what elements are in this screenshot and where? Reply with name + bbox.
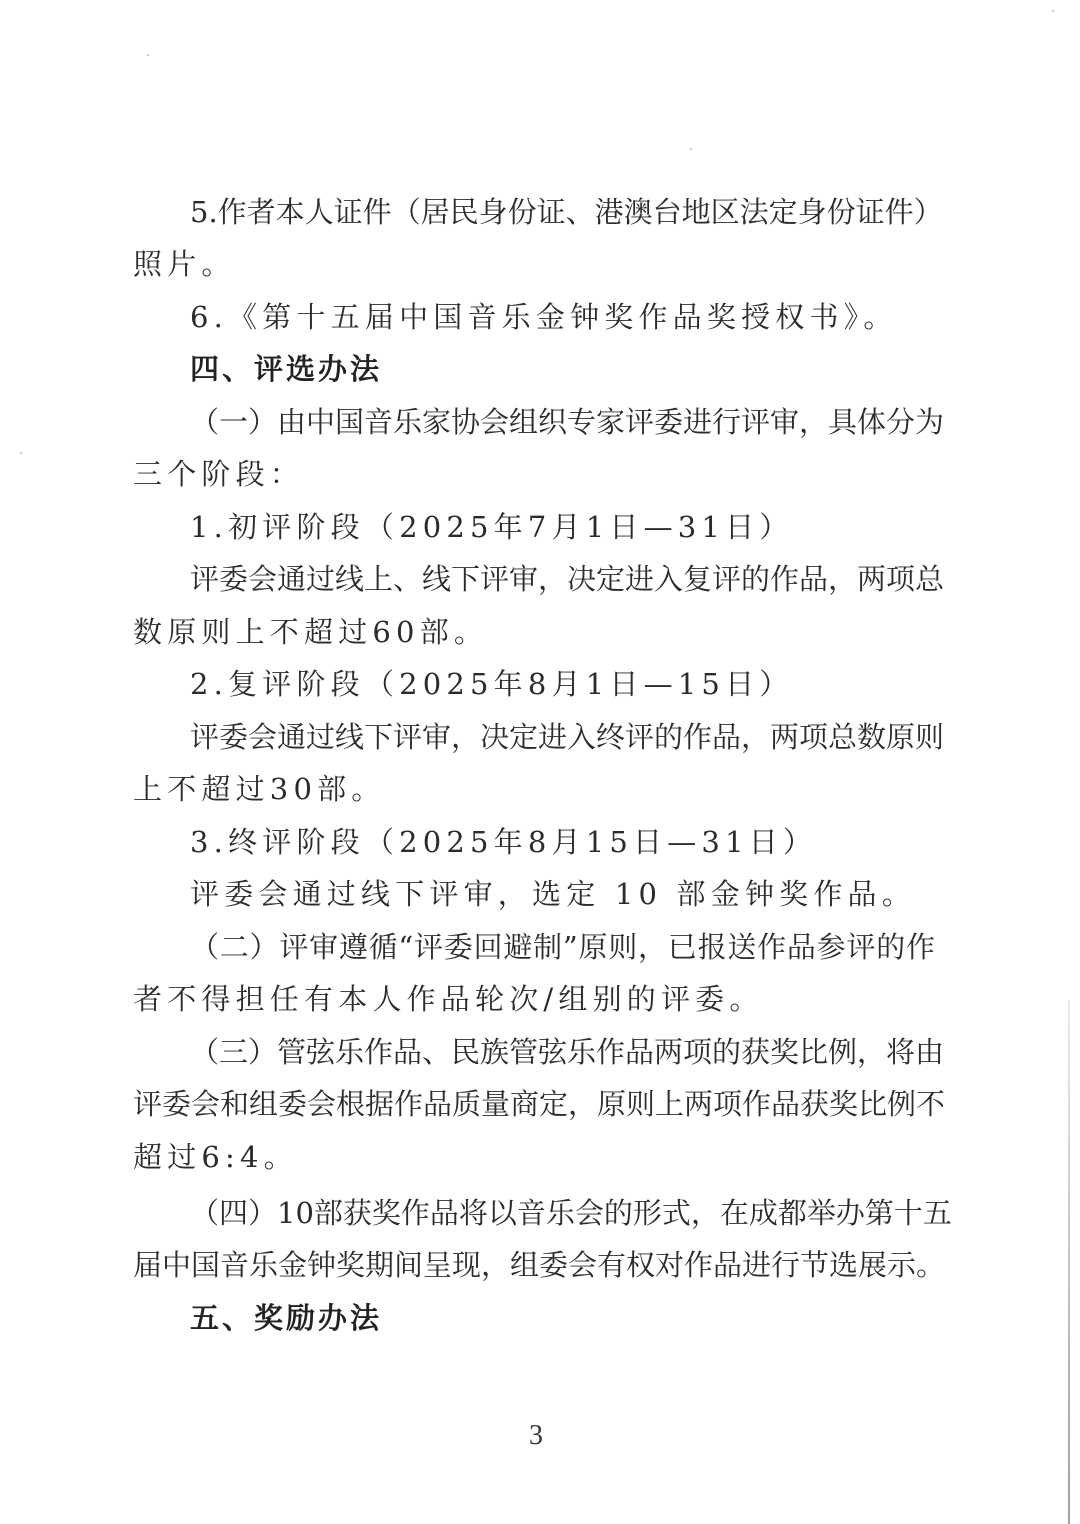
- section-heading-evaluation-method: 四、评选办法: [190, 349, 1000, 389]
- scan-speck: [690, 148, 692, 150]
- stage-1-description-continuation: 数原则上不超过60部。: [133, 612, 943, 652]
- section-heading-rewards: 五、奖励办法: [190, 1298, 1000, 1338]
- stage-3-heading: 3.终评阶段（2025年8月15日—31日）: [190, 822, 1000, 862]
- paragraph-4-continuation: 届中国音乐金钟奖期间呈现，组委会有权对作品进行节选展示。: [133, 1245, 943, 1285]
- page-number: 3: [520, 1420, 552, 1452]
- scan-speck: [147, 54, 149, 56]
- stage-3-description: 评委会通过线下评审，选定 10 部金钟奖作品。: [190, 874, 1000, 914]
- stage-2-description: 评委会通过线下评审，决定进入终评的作品，两项总数原则: [190, 717, 935, 757]
- document-page: 5.作者本人证件（居民身份证、港澳台地区法定身份证件） 照片。 6.《第十五届中…: [0, 0, 1080, 1524]
- paragraph-2-recusal: （二）评审遵循“评委回避制”原则，已报送作品参评的作: [190, 927, 935, 967]
- stage-1-description: 评委会通过线上、线下评审，决定进入复评的作品，两项总: [190, 559, 935, 599]
- stage-2-heading: 2.复评阶段（2025年8月1日—15日）: [190, 664, 1000, 704]
- paragraph-3-continuation-1: 评委会和组委会根据作品质量商定，原则上两项作品获奖比例不: [133, 1084, 943, 1124]
- scan-edge-line: [1068, 1000, 1070, 1524]
- scan-speck: [20, 452, 22, 454]
- list-item-5-continuation: 照片。: [133, 244, 943, 284]
- paragraph-4-concert: （四）10部获奖作品将以音乐会的形式，在成都举办第十五: [190, 1193, 935, 1233]
- paragraph-1-continuation: 三个阶段：: [133, 454, 943, 494]
- list-item-5-id-documents: 5.作者本人证件（居民身份证、港澳台地区法定身份证件）: [190, 192, 935, 232]
- scan-speck: [1052, 10, 1054, 12]
- list-item-6-authorization: 6.《第十五届中国音乐金钟奖作品奖授权书》。: [190, 297, 1000, 337]
- stage-2-description-continuation: 上不超过30部。: [133, 769, 943, 809]
- paragraph-3-continuation-2: 超过6:4。: [133, 1137, 943, 1177]
- paragraph-1-intro: （一）由中国音乐家协会组织专家评委进行评审，具体分为: [190, 402, 935, 442]
- stage-1-heading: 1.初评阶段（2025年7月1日—31日）: [190, 507, 1000, 547]
- paragraph-3-ratio: （三）管弦乐作品、民族管弦乐作品两项的获奖比例，将由: [190, 1032, 935, 1072]
- paragraph-2-continuation: 者不得担任有本人作品轮次/组别的评委。: [133, 979, 943, 1019]
